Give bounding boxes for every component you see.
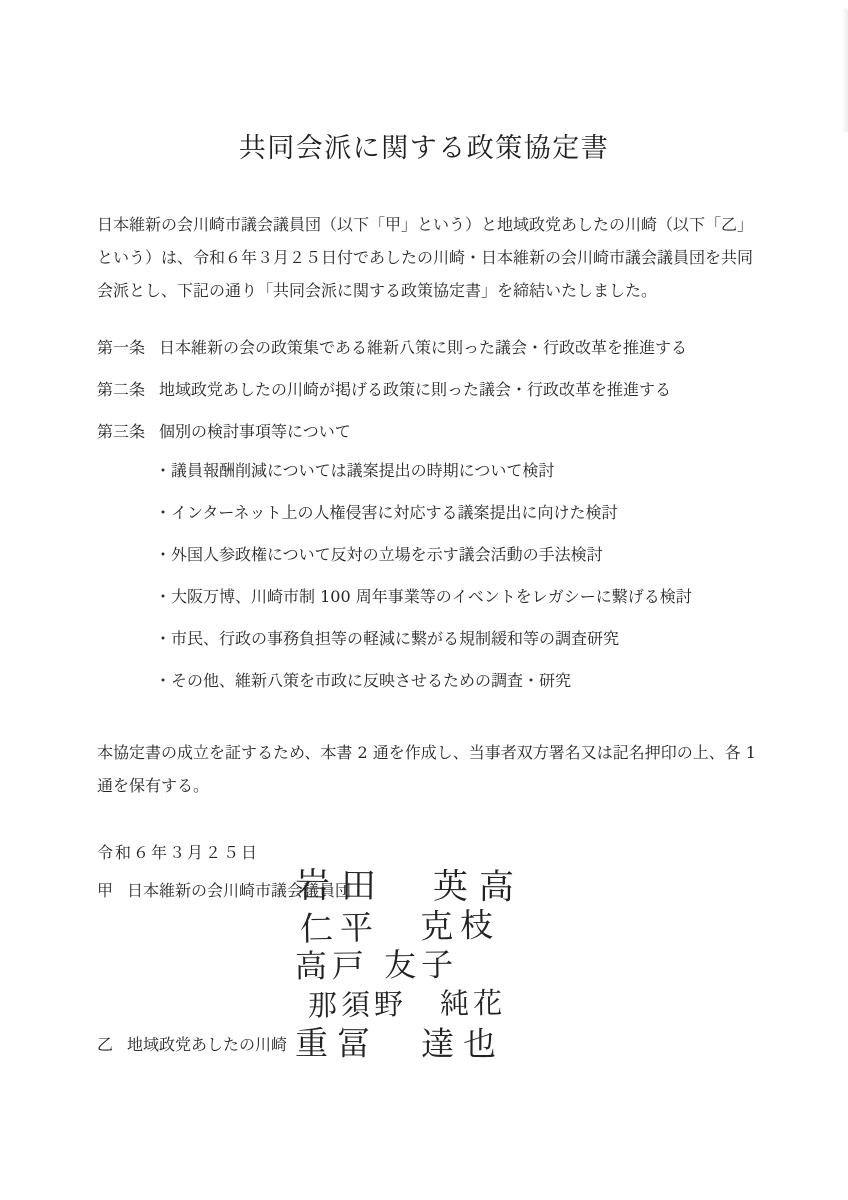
policy-bullet-item: ・外国人参政権について反対の立場を示す議会活動の手法検討 — [155, 544, 692, 566]
handwritten-signature: 那須野 純花 — [308, 983, 526, 1025]
article-text: 個別の検討事項等について — [159, 422, 351, 441]
intro-paragraph: 日本維新の会川崎市議会議員団（以下「甲」という）と地域政党あしたの川崎（以下「乙… — [97, 208, 753, 307]
article-text: 日本維新の会の政策集である維新八策に則った議会・行政改革を推進する — [159, 338, 687, 357]
handwritten-signature: 仁平 克枝 — [300, 905, 526, 949]
party-b-label: 乙 — [97, 1035, 113, 1054]
party-b-name: 地域政党あしたの川崎 — [127, 1035, 287, 1054]
intro-line: 会派とし、下記の通り「共同会派に関する政策協定書」を締結いたしました。 — [97, 274, 753, 307]
scanned-document-page: 共同会派に関する政策協定書 日本維新の会川崎市議会議員団（以下「甲」という）と地… — [0, 0, 848, 1200]
policy-bullet-item: ・大阪万博、川崎市制 100 周年事業等のイベントをレガシーに繋げる検討 — [155, 586, 692, 608]
document-title: 共同会派に関する政策協定書 — [0, 126, 848, 165]
policy-bullet-item: ・その他、維新八策を市政に反映させるための調査・研究 — [155, 670, 692, 692]
policy-bullet-item: ・インターネット上の人権侵害に対応する議案提出に向けた検討 — [155, 502, 692, 524]
article-label: 第二条 — [97, 380, 145, 399]
article-3: 第三条個別の検討事項等について — [97, 421, 687, 443]
signature-block: 岩田 英高 仁平 克枝 高戸 友子 那須野 純花 重冨 達也 — [295, 868, 525, 1063]
articles-section: 第一条日本維新の会の政策集である維新八策に則った議会・行政改革を推進する 第二条… — [97, 337, 687, 463]
party-a-label: 甲 — [97, 881, 113, 900]
party-b-row: 乙地域政党あしたの川崎 — [97, 1032, 287, 1055]
handwritten-signature: 岩田 英高 — [295, 867, 525, 908]
intro-line: 日本維新の会川崎市議会議員団（以下「甲」という）と地域政党あしたの川崎（以下「乙… — [97, 208, 753, 241]
article-1: 第一条日本維新の会の政策集である維新八策に則った議会・行政改革を推進する — [97, 337, 687, 359]
article-label: 第三条 — [97, 422, 145, 441]
scan-edge-artifact — [842, 8, 848, 133]
policy-bullet-list: ・議員報酬削減については議案提出の時期について検討 ・インターネット上の人権侵害… — [155, 460, 692, 712]
closing-paragraph: 本協定書の成立を証するため、本書 2 通を作成し、当事者双方署名又は記名押印の上… — [97, 736, 756, 802]
intro-line: という）は、令和６年３月２５日付であしたの川崎・日本維新の会川崎市議会議員団を共… — [97, 241, 753, 274]
policy-bullet-item: ・議員報酬削減については議案提出の時期について検討 — [155, 460, 692, 482]
handwritten-signature: 重冨 達也 — [295, 1023, 525, 1063]
article-label: 第一条 — [97, 338, 145, 357]
closing-line: 本協定書の成立を証するため、本書 2 通を作成し、当事者双方署名又は記名押印の上… — [97, 736, 756, 769]
article-2: 第二条地域政党あしたの川崎が掲げる政策に則った議会・行政改革を推進する — [97, 379, 687, 401]
handwritten-signature: 高戸 友子 — [295, 945, 525, 986]
document-date: 令和６年３月２５日 — [97, 840, 259, 863]
policy-bullet-item: ・市民、行政の事務負担等の軽減に繋がる規制緩和等の調査研究 — [155, 628, 692, 650]
article-text: 地域政党あしたの川崎が掲げる政策に則った議会・行政改革を推進する — [159, 380, 671, 399]
closing-line: 通を保有する。 — [97, 769, 756, 802]
